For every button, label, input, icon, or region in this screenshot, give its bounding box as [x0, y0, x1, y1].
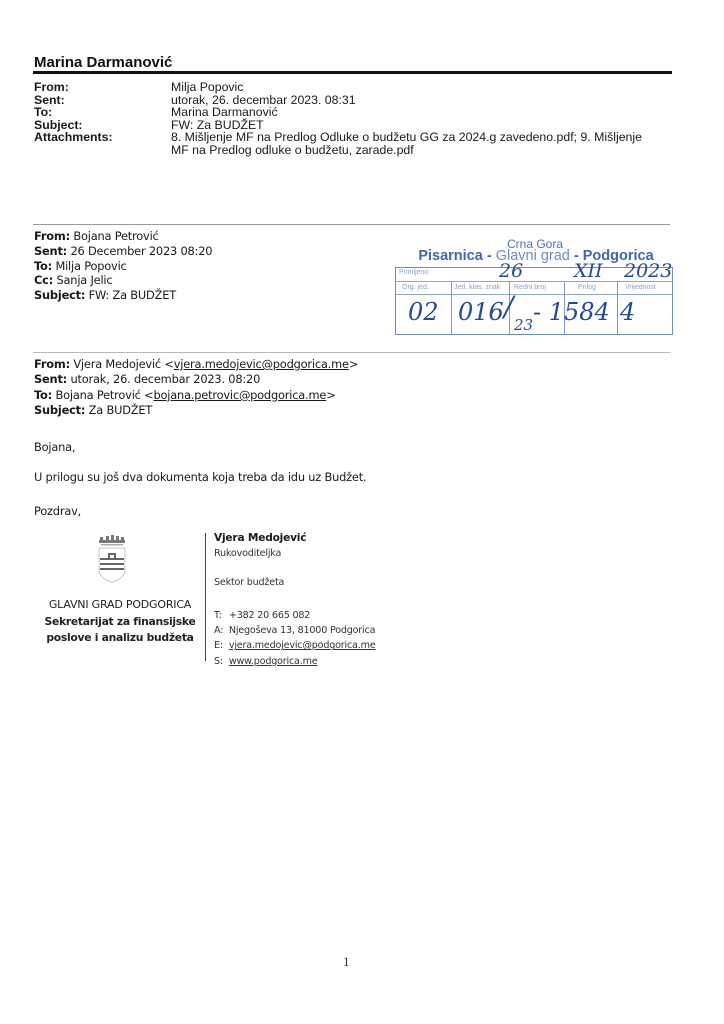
forwarded-subject: Subject: FW: Za BUDŽET: [34, 288, 212, 303]
coat-of-arms-icon: [97, 535, 127, 583]
original-from: From: Vjera Medojević <vjera.medojevic@p…: [34, 357, 358, 372]
original-subject: Subject: Za BUDŽET: [34, 403, 358, 418]
header-from-row: From: Milja Popovic: [34, 81, 661, 94]
signature-email-link[interactable]: vjera.medojevic@podgorica.me: [229, 640, 376, 651]
stamp-hand-day: 26: [499, 260, 523, 282]
stamp-hand-attachment: 4: [620, 298, 635, 326]
message-body: U prilogu su još dva dokumenta koja treb…: [34, 470, 366, 484]
header-attachments-row: Attachments: 8. Mišljenje MF na Predlog …: [34, 131, 661, 156]
signature-block: Vjera Medojević Rukovoditeljka Sektor bu…: [214, 532, 375, 669]
header-to-row: To: Marina Darmanović: [34, 106, 661, 119]
to-label: To:: [34, 106, 171, 119]
original-to-email-link[interactable]: bojana.petrovic@podgorica.me: [154, 388, 327, 402]
stamp-hand-class-code: 016: [458, 298, 504, 326]
org-name: GLAVNI GRAD PODGORICA: [40, 598, 200, 611]
header-sent-row: Sent: utorak, 26. decembar 2023. 08:31: [34, 94, 661, 107]
stamp-hand-org-unit: 02: [408, 298, 439, 326]
original-to: To: Bojana Petrović <bojana.petrovic@pod…: [34, 388, 358, 403]
stamp-col-value: Vrijednost: [625, 284, 656, 291]
signature-name: Vjera Medojević: [214, 532, 375, 544]
attachments-value: 8. Mišljenje MF na Predlog Odluke o budž…: [171, 131, 661, 156]
stamp-hand-serial-year: 23: [514, 316, 533, 334]
original-from-email-link[interactable]: vjera.medojevic@podgorica.me: [174, 357, 349, 371]
original-sent: Sent: utorak, 26. decembar 2023. 08:20: [34, 372, 358, 387]
signature-phone: T: +382 20 665 082: [214, 608, 375, 623]
message-greeting: Bojana,: [34, 440, 75, 454]
signature-contacts: T: +382 20 665 082 A: Njegoševa 13, 8100…: [214, 608, 375, 669]
forwarded-to: To: Milja Popovic: [34, 259, 212, 274]
stamp-hand-serial-slash: /: [504, 290, 513, 323]
attachments-label: Attachments:: [34, 131, 171, 156]
stamp-col-org: Org. jed.: [402, 284, 429, 291]
stamp-grid: Primljeno Org. jed. Jed. klas. znak Redn…: [395, 267, 673, 335]
org-department: Sekretarijat za finansijske poslove i an…: [40, 614, 200, 646]
stamp-received-label: Primljeno: [399, 269, 428, 276]
signature-address: A: Njegoševa 13, 81000 Podgorica: [214, 623, 375, 638]
stamp-col-serial: Redni broj: [514, 284, 546, 291]
forward-divider: [33, 224, 670, 225]
attachment-list-line-2: MF na Predlog odluke o budžetu, zarade.p…: [171, 143, 414, 157]
signature-email: E: vjera.medojevic@podgorica.me: [214, 638, 375, 653]
registry-stamp: Crna Gora Pisarnica - Glavni grad - Podg…: [394, 237, 676, 347]
stamp-hand-month: XII: [574, 260, 603, 282]
email-printout-page: Marina Darmanović From: Milja Popovic Se…: [0, 0, 724, 1024]
stamp-col-class: Jed. klas. znak: [454, 284, 500, 291]
signature-divider: [205, 533, 206, 661]
signature-title: Rukovoditeljka: [214, 548, 375, 559]
original-message-divider: [33, 352, 670, 353]
to-value: Marina Darmanović: [171, 106, 661, 119]
mailbox-owner-name: Marina Darmanović: [34, 54, 172, 71]
from-label: From:: [34, 81, 171, 94]
signature-site-link[interactable]: www.podgorica.me: [229, 656, 318, 667]
stamp-col-attachment: Prilog: [578, 284, 596, 291]
forwarded-cc: Cc: Sanja Jelic: [34, 273, 212, 288]
stamp-hand-year: 2023: [624, 260, 672, 282]
forwarded-from: From: Bojana Petrović: [34, 229, 212, 244]
original-header: From: Vjera Medojević <vjera.medojevic@p…: [34, 357, 358, 419]
sent-label: Sent:: [34, 94, 171, 107]
stamp-hand-serial-number: - 1584: [533, 298, 610, 326]
forwarded-sent: Sent: 26 December 2023 08:20: [34, 244, 212, 259]
signature-site: S: www.podgorica.me: [214, 654, 375, 669]
message-closing: Pozdrav,: [34, 504, 81, 518]
page-number: 1: [343, 956, 350, 969]
email-header: From: Milja Popovic Sent: utorak, 26. de…: [34, 81, 661, 157]
from-value: Milja Popovic: [171, 81, 661, 94]
header-divider: [33, 71, 672, 74]
forwarded-header: From: Bojana Petrović Sent: 26 December …: [34, 229, 212, 303]
signature-sector: Sektor budžeta: [214, 577, 375, 588]
